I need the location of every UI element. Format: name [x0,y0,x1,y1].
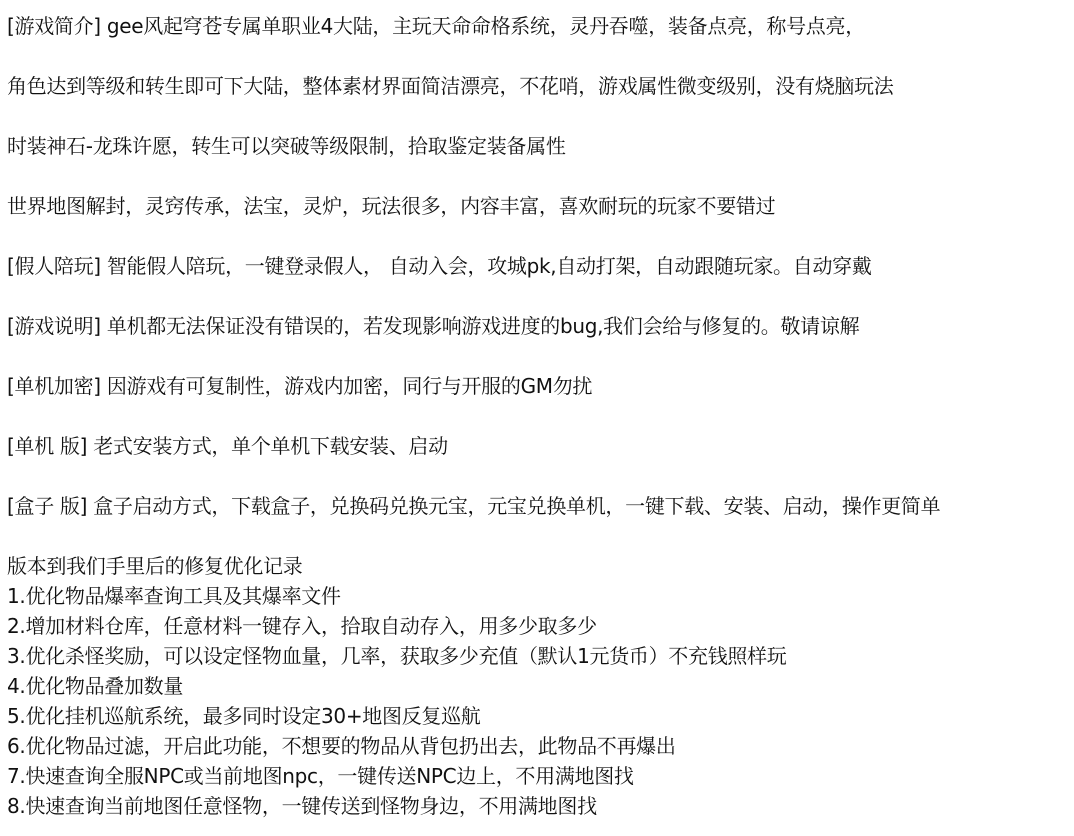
changelog-title: 版本到我们手里后的修复优化记录 [7,551,303,581]
changelog-item: 6.优化物品过滤，开启此功能，不想要的物品从背包扔出去，此物品不再爆出 [7,731,676,761]
changelog-item: 4.优化物品叠加数量 [7,671,183,701]
changelog-item: 1.优化物品爆率查询工具及其爆率文件 [7,581,341,611]
intro-encryption: [单机加密] 因游戏有可复制性，游戏内加密，同行与开服的GM勿扰 [7,371,592,401]
changelog-item: 2.增加材料仓库，任意材料一键存入，拾取自动存入，用多少取多少 [7,611,597,641]
intro-bot-players: [假人陪玩] 智能假人陪玩，一键登录假人， 自动入会，攻城pk,自动打架，自动跟… [7,251,872,281]
changelog-item: 3.优化杀怪奖励，可以设定怪物血量，几率，获取多少充值（默认1元货币）不充钱照样… [7,641,787,671]
changelog-item: 8.快速查询当前地图任意怪物，一键传送到怪物身边，不用满地图找 [7,791,597,821]
intro-box-version: [盒子 版] 盒子启动方式，下载盒子，兑换码兑换元宝，元宝兑换单机，一键下载、安… [7,491,940,521]
intro-fashion-stones: 时装神石-龙珠许愿，转生可以突破等级限制，拾取鉴定装备属性 [7,131,566,161]
intro-game-notice: [游戏说明] 单机都无法保证没有错误的，若发现影响游戏进度的bug,我们会给与修… [7,311,859,341]
intro-game-summary: [游戏简介] gee风起穹苍专属单职业4大陆，主玩天命命格系统，灵丹吞噬，装备点… [7,11,865,41]
changelog-item: 7.快速查询全服NPC或当前地图npc，一键传送NPC边上，不用满地图找 [7,761,634,791]
intro-standalone-version: [单机 版] 老式安装方式，单个单机下载安装、启动 [7,431,448,461]
changelog-item: 5.优化挂机巡航系统，最多同时设定30+地图反复巡航 [7,701,481,731]
intro-level-rebirth: 角色达到等级和转生即可下大陆，整体素材界面简洁漂亮，不花哨，游戏属性微变级别，没… [7,71,894,101]
intro-world-map: 世界地图解封，灵窍传承，法宝，灵炉，玩法很多，内容丰富，喜欢耐玩的玩家不要错过 [7,191,775,221]
